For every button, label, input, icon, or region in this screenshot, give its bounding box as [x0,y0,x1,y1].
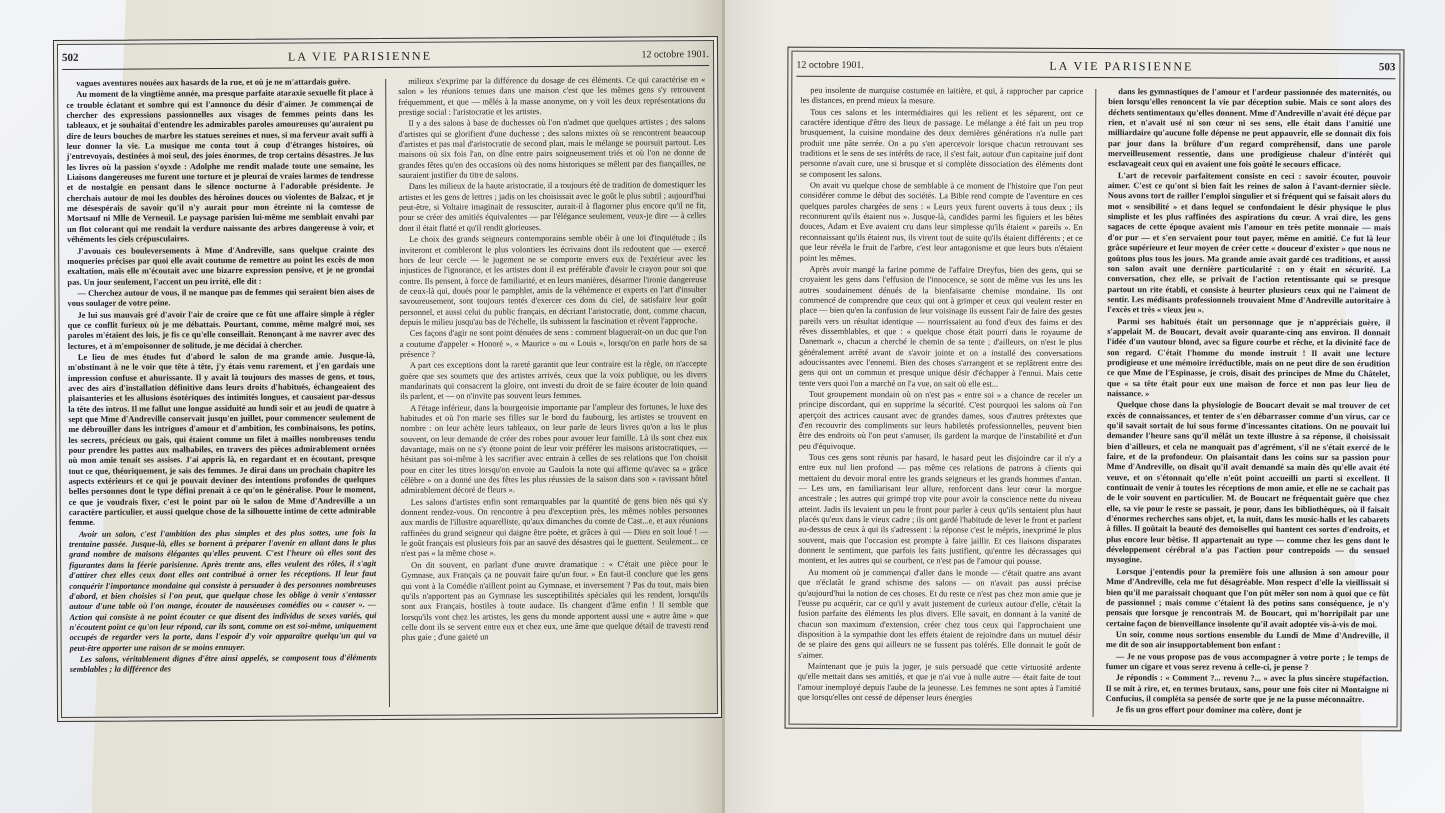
paragraph: J'avouais ces bouleversements à Mme d'An… [67,245,374,288]
paragraph: Tous ces salons et les intermédiaires qu… [800,107,1083,181]
paragraph: peu insolente de marquise costumée en la… [800,86,1083,108]
masthead: LA VIE PARISIENNE [1049,58,1193,74]
paragraph: Je fis un gros effort pour dominer ma co… [1106,705,1389,717]
right-page: 12 octobre 1901. LA VIE PARISIENNE 503 p… [785,47,1405,732]
paragraph: Je lui sus mauvais gré d'avoir l'air de … [68,309,375,352]
page-number: 503 [1379,61,1396,73]
paragraph: Dans les milieux de la haute aristocrati… [399,180,706,234]
paragraph: Le lieu de mes études fut d'abord le sal… [68,351,376,529]
paragraph: milieux s'exprime par la différence du d… [398,75,705,118]
column-rule [385,79,390,707]
paragraph: A part ces exceptions dont la rareté gar… [400,359,707,402]
masthead: LA VIE PARISIENNE [288,48,432,64]
paragraph: Un soir, comme nous sortions ensemble du… [1106,630,1389,652]
paragraph: Ces façons d'agir ne sont point dénuées … [400,327,707,360]
paragraph: Il y a des salons à base de duchesses où… [398,117,705,181]
page-header: 12 octobre 1901. LA VIE PARISIENNE 503 [796,54,1395,80]
column-2: dans les gymnastiques de l'amour et l'ar… [1106,87,1392,720]
paragraph: Au moment de la vingtième année, ma pres… [66,88,374,245]
paragraph: Tout groupement mondain où on n'est pas … [799,390,1082,453]
spine-fold [722,0,725,813]
column-2: milieux s'exprime par la différence du d… [398,75,709,709]
issue-date: 12 octobre 1901. [641,49,709,60]
column-1: peu insolente de marquise costumée en la… [798,86,1084,719]
paragraph: Maintenant que je puis la juger, je suis… [798,662,1081,705]
paragraph: Lorsque j'entendis pour la première fois… [1106,567,1389,630]
paragraph: vagues aventures nouées aux hasards de l… [66,77,373,89]
paragraph: Au moment où je commençai d'aller dans l… [798,568,1081,662]
paragraph: Quelque chose dans la physiologie de Bou… [1106,400,1390,567]
page-number: 502 [62,52,79,64]
paragraph: A l'étage inférieur, dans la bourgeoisie… [400,402,708,497]
paragraph: Le choix des grands seigneurs contempora… [399,233,707,328]
paragraph: — Cherchez autour de vous, il ne manque … [67,287,374,310]
text-columns: vagues aventures nouées aux hasards de l… [66,75,709,711]
paragraph: Je répondis : « Comment ?... revenu ?...… [1106,673,1389,705]
paragraph: Les salons d'artistes enfin sont remarqu… [401,496,708,560]
paragraph: Avoir un salon, c'est l'ambition des plu… [69,528,377,654]
paragraph: Parmi ses habitués était un personnage q… [1107,317,1390,401]
issue-date: 12 octobre 1901. [796,59,864,70]
paragraph: dans les gymnastiques de l'amour et l'ar… [1108,87,1391,171]
paragraph: Après avoir mangé la farine pomme de l'a… [799,265,1083,390]
column-1: vagues aventures nouées aux hasards de l… [66,77,377,711]
paragraph: On avait vu quelque chose de semblable à… [800,181,1083,265]
paragraph: Les salons, véritablement dignes d'être … [70,653,377,676]
column-rule [1093,89,1097,717]
page-header: 502 LA VIE PARISIENNE 12 octobre 1901. [62,43,709,70]
paragraph: L'art de recevoir parfaitement consiste … [1107,171,1391,317]
text-columns: peu insolente de marquise costumée en la… [798,86,1392,721]
paragraph: Tous ces gens sont réunis par hasard, le… [798,453,1081,568]
paragraph: — Je ne vous propose pas de vous accompa… [1106,652,1389,674]
left-page: 502 LA VIE PARISIENNE 12 octobre 1901. v… [53,36,722,722]
paragraph: On dit souvent, en parlant d'une œuvre d… [401,559,708,644]
